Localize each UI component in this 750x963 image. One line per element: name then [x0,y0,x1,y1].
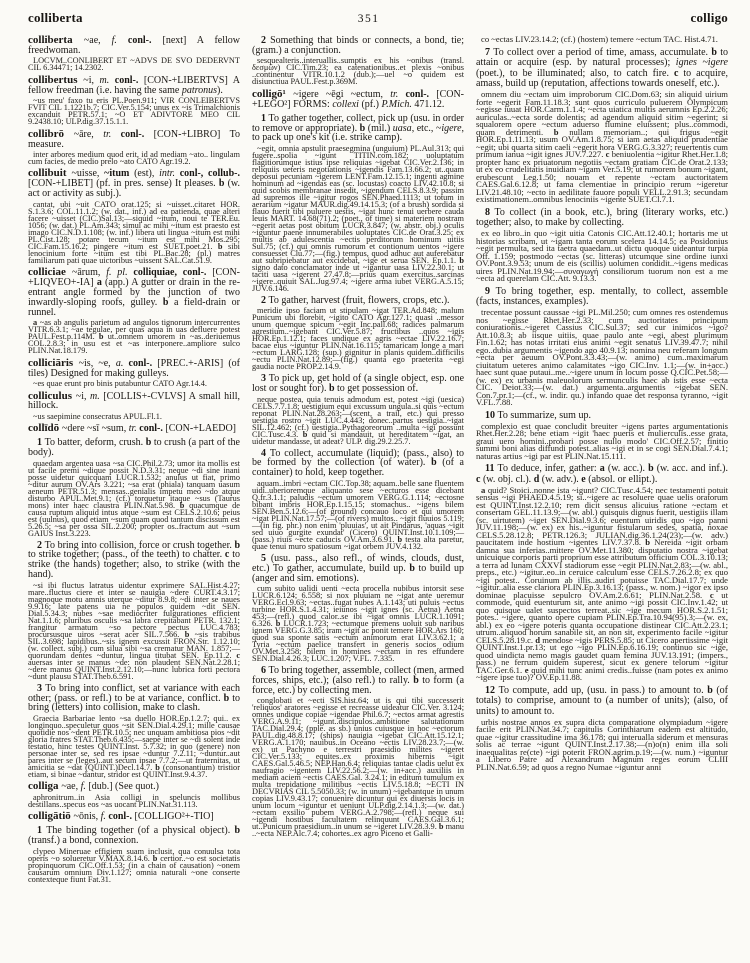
entry-heading: colliculus ~i, m. [COLLIS+-CVLVS] A smal… [28,392,240,412]
entry-heading: collibrō ~āre, tr. conl-. [CON-+LIBRO] T… [28,130,240,150]
text-run: cantat, ubi ~uit CATO orat.125; si ~uiss… [28,200,240,251]
text-run: 9 [485,286,496,297]
text-run: P.Mich. [381,99,414,110]
sense-definition: 1 The binding together (of a physical ob… [28,826,240,846]
text-run: ). [217,85,223,96]
text-run: To compute, add up, (usu. in pass.) to a… [499,685,708,696]
citation-block: quaedam argentea uasa ~sa CIC.Phil.2.73;… [28,460,240,537]
text-run: beniuolentia ~igitur Rhet.Her.1.8; propt… [476,149,728,204]
text-run: auersas inter se manus ~de: non plaudent… [28,658,240,681]
sense-definition: 7 To collect over a period of time, amas… [476,48,728,90]
text-run: 8 [485,207,495,218]
text-run: [CON-+LAEDO] [165,423,236,434]
text-run: b [439,822,446,831]
entry-heading: collibuit ~uisse, ~itum (est), intr. con… [28,169,240,199]
sense-definition: 5 (usu. pass., also refl., of winds, clo… [252,554,464,584]
dictionary-page: colliberta 351 colligo colliberta ~ae, f… [0,0,750,963]
citation-block: complexio est quae concludit breuiter ~i… [476,423,728,461]
text-run: b [711,47,720,58]
text-run: ex eo libro..in quo ~igit uitia Catonis … [476,228,728,283]
text-run: ~āre, [74,129,104,140]
entry-heading: colliciae ~ārum, f. pl. colliquiae, conl… [28,268,240,318]
text-run: b [219,178,228,189]
text-run: To gather, harvest (fruit, flowers, crop… [269,295,450,306]
text-run: to get possession of. [337,383,418,394]
text-run: b [648,463,657,474]
text-run: b [234,825,240,836]
text-run: f. [112,35,128,46]
citation-block: Graecia Barbariae lento ~sa duello HOR.E… [28,715,240,778]
text-run: d [534,474,542,485]
text-run: urbis nostrae annos ex supra dicta compa… [476,717,728,772]
citation-block: ~es quae erunt pro binis putabuntur CATO… [28,380,240,387]
text-run: b [224,693,233,704]
sense-definition: 3 To bring into conflict, set at varianc… [28,684,240,714]
entry-heading: colligātiō ~ōnis, f. conl-. [COLLIGO²+-T… [28,812,240,822]
text-run: , etc., [412,123,436,134]
text-run: 10 [485,410,498,421]
text-run: ignes ~igere [676,57,728,68]
citation-block: clypeo Mineruae effigiem suam inclusit, … [28,848,240,883]
guide-word-right: colligo [690,10,728,26]
sense-definition: 1 To batter, deform, crush. b to crush (… [28,438,240,458]
text-run: [COLLIGO²+-TIO] [135,811,214,822]
text-run: (w. acc. and inf.). [657,463,728,474]
sense-definition: 1 To gather together, collect, pick up (… [252,114,464,144]
text-run: LOCVM..CONLIBERT ET ~ADVS DE SVO DEDERVN… [28,56,240,72]
text-run: [dub.] (See quot.) [88,781,159,792]
text-run: (poet.), to be illuminated; also, to cat… [476,68,674,79]
citation-block: ~egit, omnia apstulit praesegmina (ungui… [252,145,464,292]
text-columns: colliberta ~ae, f. conl-. [next] A fello… [28,36,728,883]
text-run: To batter, deform, crush. [45,437,146,448]
text-run: tr. [103,129,120,140]
citation-block: conglobati et ~ecti SIS.hist.64; ut is q… [252,697,464,837]
text-run: conl-. [128,35,163,46]
entry-heading: colligō¹ ~igere ~ēgi ~ectum, tr. conl-. … [252,90,464,110]
text-run: c [674,68,683,79]
text-run: To summarize, sum up. [498,410,591,421]
citation-block: aquam..imbri ~ectam CIC.Top.38; aquam..b… [252,480,464,550]
text-run: (w. obj. cl.). [483,474,534,485]
text-run: aphronitrum..in Asia colligi in spelunci… [28,793,240,809]
sense-definition: 3 To pick up, get hold of (a single obje… [252,374,464,394]
citation-block: co ~ectas LIV.23.14.2; (cf.) (hostem) te… [476,36,728,44]
text-run: To collect over a period of time, amass,… [493,47,711,58]
text-run: b [146,437,154,448]
text-run: b [163,297,174,308]
text-run: sesquealteris..interuallis..sumptis ex h… [252,56,464,86]
text-run: To bring into conflict, set at variance … [28,683,240,704]
text-run: meridie ipso faciam ut stipulam ~igat TE… [252,306,464,371]
citation-block: sesquealteris..interuallis..sumptis ex h… [252,57,464,85]
text-run: 2 [261,295,269,306]
page-number: 351 [358,13,380,25]
text-run: m. [90,391,103,402]
entry-heading: colliberta ~ae, f. conl-. [next] A fello… [28,36,240,56]
sense-definition: 10 To summarize, sum up. [476,411,728,422]
sense-definition: 6 To bring together, assemble, collect (… [252,666,464,696]
text-run: b [329,383,337,394]
citation-block: a quid? Stoici..nonne ista ~igunt? CIC.T… [476,487,728,682]
sense-definition: 2 Something that binds or connects, a bo… [252,36,464,56]
sense-definition: 2 To gather, harvest (fruit, flowers, cr… [252,296,464,306]
text-run: b [409,563,418,574]
text-run: ~egit, omnia apstulit praesegmina (ungui… [252,144,464,265]
citation-block: urbis nostrae annos ex supra dicta compa… [476,719,728,772]
citation-block: ex eo libro..in quo ~igit uitia Catonis … [476,230,728,283]
text-run: 11 [485,463,498,474]
text-run: (w. acc.). [608,463,648,474]
citation-block: a ~as ab angulis parietum ad angulos tig… [28,319,240,354]
citation-block: neque postea, quia tenuis admodum est, p… [252,396,464,445]
text-run: colliga [28,780,61,792]
text-run: inter arbores medium quod erit, id ad me… [28,150,240,166]
sense-definition: 9 To bring together, esp. mentally, to c… [476,287,728,308]
citation-block: aphronitrum..in Asia colligi in spelunci… [28,794,240,808]
text-run: patronus [182,85,217,96]
page-header: colliberta 351 colligo [28,10,728,26]
citation-block: ~us meu' faxo tu eris PL.Poen.911; VIR C… [28,97,240,125]
text-run: colligātiō [28,810,74,822]
text-run: (transf.) a bond, connexion. [28,835,139,846]
sense-definition: 2 To bring into collision, force or crus… [28,541,240,581]
text-run: collexi [332,99,361,110]
text-run: ~dere ~sī ~sum, [62,423,129,434]
text-run: Something that binds or connects, a bond… [252,35,464,56]
text-run: ~es quae erunt pro binis putabuntur CATO… [33,379,207,388]
text-run: ~ōnis, [74,811,101,822]
text-run: ~us saepimine consecratus APUL.Fl.1. [33,412,162,421]
text-run: LUCR.1.723; ~ectumque premens uoluit sub… [252,619,464,663]
text-run: (w. adv.). [542,474,582,485]
text-run: co ~ectas LIV.23.14.2; (cf.) (hostem) te… [481,34,718,44]
citation-block: inter arbores medium quod erit, id ad me… [28,151,240,165]
entry-heading: collibertus ~i, m. conl-. [CON-+LIBERTVS… [28,76,240,96]
text-run: ~i, [76,391,90,402]
text-run: complexio est quae concludit breuiter ~i… [476,421,728,461]
text-run: Nereida ~igit orbam damna sua inferias..… [476,537,728,600]
text-run: c [476,474,483,485]
text-run: To deduce, infer, gather: [498,463,600,474]
text-run: tr. [129,423,140,434]
text-run: conl-. [121,129,154,140]
text-run: a [600,463,608,474]
entry-heading: colliciāris ~is, ~e, a. conl-. [PREC.+-A… [28,359,240,379]
text-run: collīdō [28,422,62,434]
text-run: ~us meu' faxo tu eris PL.Poen.911; VIR C… [28,96,240,126]
citation-block: cantat, ubi ~uit CATO orat.125; si ~uiss… [28,201,240,264]
text-run: conl-. [108,811,134,822]
citation-block: ~us saepimine consecratus APUL.Fl.1. [28,413,240,420]
entry-heading: colliga ~ae, f. [dub.] (See quot.) [28,782,240,792]
text-run: ~igere [436,123,462,134]
column-right: co ~ectas LIV.23.14.2; (cf.) (hostem) te… [476,36,728,771]
text-run: ~ae, [84,35,112,46]
column-middle: 2 Something that binds or connects, a bo… [252,36,464,837]
text-run: To collect (in a book, etc.), bring (lit… [476,207,728,229]
text-run: 471.12. [414,99,444,110]
text-run: 12 [485,685,499,696]
citation-block: cum subito ualidi uenti ~ecta procella n… [252,585,464,662]
text-run: signo dato conclamator inde ut ~igantur … [252,263,464,293]
citation-block: meridie ipso faciam ut stipulam ~igat TE… [252,307,464,370]
guide-word-left: colliberta [28,10,83,26]
text-run: b [431,457,442,468]
text-run: b [413,675,422,686]
citation-block: ~si ibi fluctus latratus uidentur exprim… [28,582,240,680]
sense-definition: 12 To compute, add up, (usu. in pass.) t… [476,686,728,718]
citation-block: LOCVM..CONLIBERT ET ~ADVS DE SVO DEDERVN… [28,57,240,71]
column-left: colliberta ~ae, f. conl-. [next] A fello… [28,36,240,883]
entry-heading: collīdō ~dere ~sī ~sum, tr. conl-. [CON-… [28,424,240,434]
text-run: (pf.) [361,99,381,110]
text-run: conglobati et ~ecti SIS.hist.64; ut is q… [252,696,464,831]
citation-block: trecentae possunt caussae ~igi PL.Mil.25… [476,309,728,407]
text-run: To bring together, esp. mentally, to col… [476,286,728,308]
text-run: conl-. [139,423,165,434]
sense-definition: 8 To collect (in a book, etc.), bring (l… [476,208,728,229]
text-run: (absol. or ellipt.). [588,474,657,485]
text-run: trecentae possunt caussae ~igi PL.Mil.25… [476,307,728,407]
text-run: ~ae, [61,781,80,792]
sense-definition: 4 To collect, accumulate (liquid); (pass… [252,449,464,479]
sense-definition: 11 To deduce, infer, gather: a (w. acc.)… [476,464,728,485]
text-run: b [707,685,716,696]
citation-block: omnem diu ~ectam uim improborum CIC.Dom.… [476,91,728,204]
